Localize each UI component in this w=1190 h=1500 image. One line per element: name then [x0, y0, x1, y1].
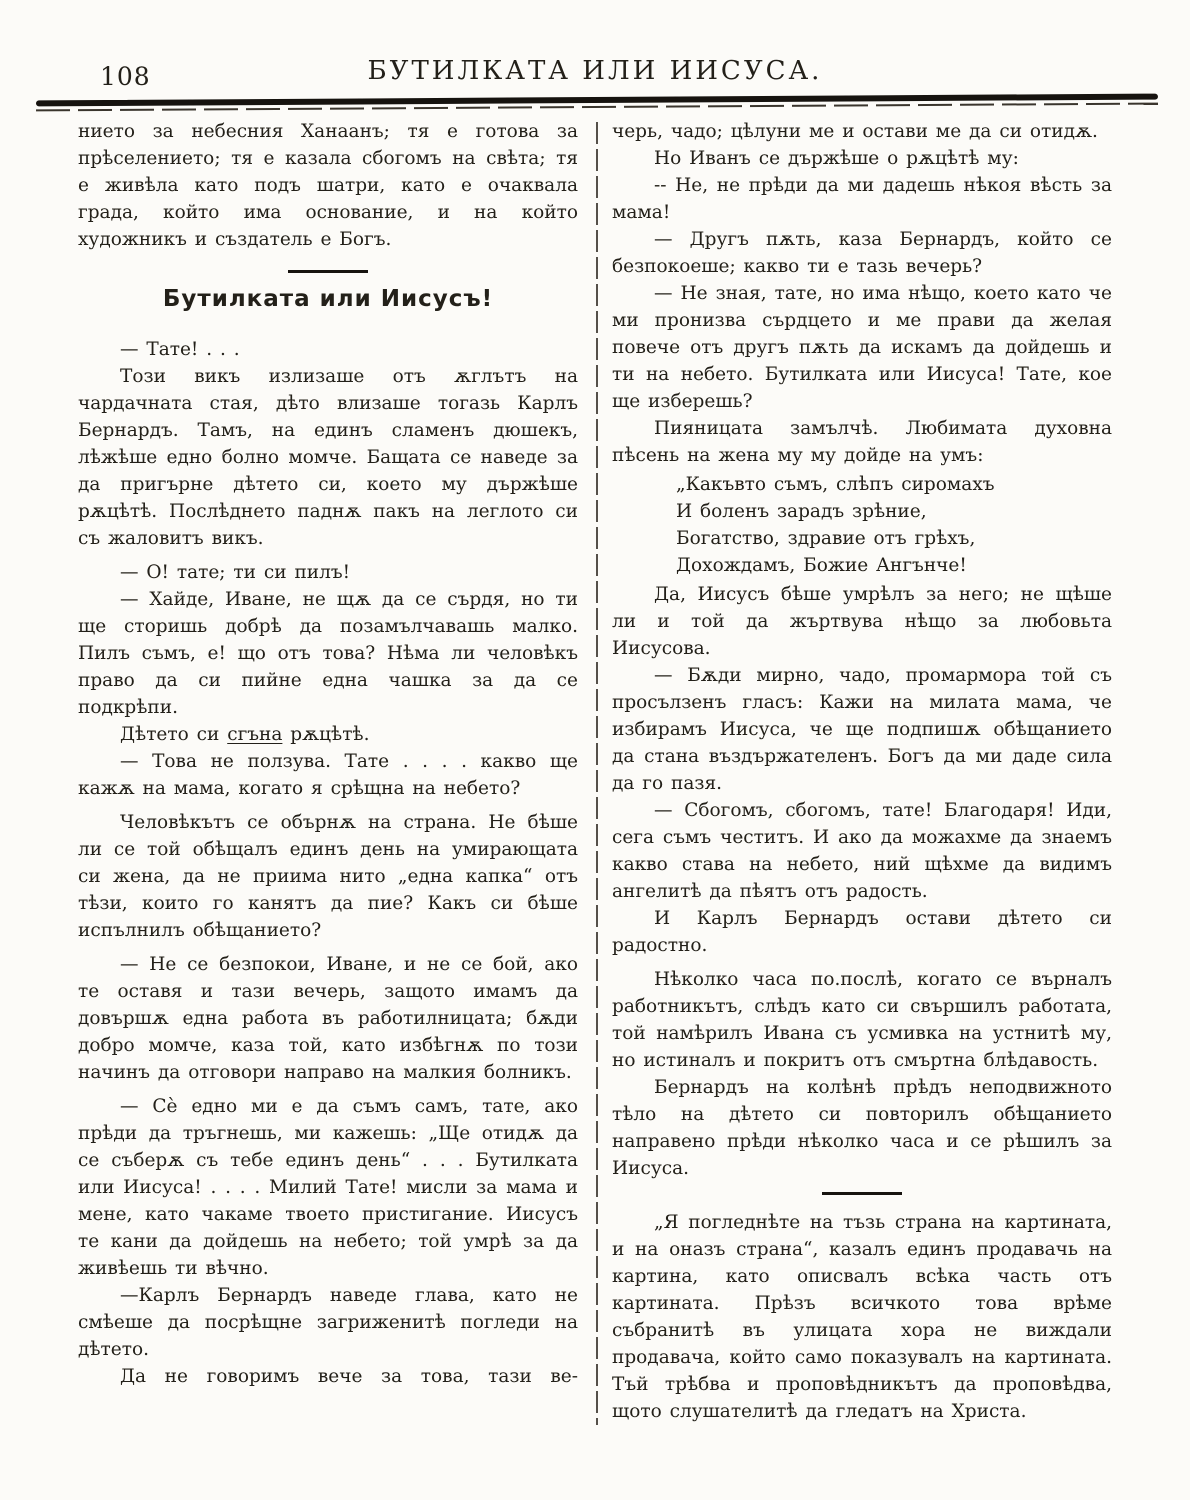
- text-columns: нието за небесния Ханаанъ; тя е готова з…: [78, 118, 1112, 1425]
- dialogue-line: — Това не ползува. Тате . . . . какво ще…: [78, 748, 578, 802]
- dialogue-line: — Хайде, Иване, не щѫ да се сърдя, но ти…: [78, 586, 578, 721]
- dialogue-line: — Не зная, тате, но има нѣщо, което като…: [612, 280, 1112, 415]
- text-before-underline: Дѣтето си: [120, 724, 227, 745]
- paragraph: И Карлъ Бернардъ остави дѣтето си радост…: [612, 905, 1112, 959]
- paragraph: Този викъ излизаше отъ ѫглътъ на чардачн…: [78, 363, 578, 552]
- paragraph-continuation: черь, чадо; цѣлуни ме и остави ме да си …: [612, 118, 1112, 145]
- dialogue-line: — Не се безпокои, Иване, и не се бой, ак…: [78, 951, 578, 1086]
- dialogue-line: -- Не, не прѣди да ми дадешь нѣкоя вѣсть…: [612, 172, 1112, 226]
- section-divider-rule: [288, 270, 368, 273]
- hymn-line: Дохождамъ, Божие Ангънче!: [676, 552, 1112, 579]
- dialogue-line: — О! тате; ти си пилъ!: [78, 559, 578, 586]
- paragraph-intro-continuation: нието за небесния Ханаанъ; тя е готова з…: [78, 118, 578, 253]
- dialogue-line: — Сбогомъ, сбогомъ, тате! Благодаря! Иди…: [612, 797, 1112, 905]
- underlined-word: сгъна: [227, 724, 282, 745]
- hymn-line: „Какъвто съмъ, слѣпъ сиромахъ: [676, 471, 1112, 498]
- paragraph: Пияницата замълчѣ. Любимата духовна пѣсе…: [612, 415, 1112, 469]
- section-heading: Бутилката или Иисусъ!: [78, 286, 578, 312]
- paragraph: Да, Иисусъ бѣше умрѣлъ за него; не щѣше …: [612, 581, 1112, 662]
- paragraph-broken-at-column: Да не говоримъ вече за това, тази ве-: [78, 1363, 578, 1390]
- running-title: БУТИЛКАТА ИЛИ ИИСУСА.: [0, 56, 1190, 86]
- hymn-line: Богатство, здравие отъ грѣхъ,: [676, 525, 1112, 552]
- section-divider-rule: [822, 1192, 902, 1195]
- paragraph: „Я погледнѣте на тъзь страна на картинат…: [612, 1209, 1112, 1425]
- left-column: нието за небесния Ханаанъ; тя е готова з…: [78, 118, 578, 1425]
- dialogue-line: — Бѫди мирно, чадо, промармора той съ пр…: [612, 662, 1112, 797]
- paragraph: Человѣкътъ се обърнѫ на страна. Не бѣше …: [78, 809, 578, 944]
- dialogue-line: — Сè едно ми е да съмъ самъ, тате, ако п…: [78, 1093, 578, 1282]
- hymn-verse: „Какъвто съмъ, слѣпъ сиромахъ И боленъ з…: [676, 471, 1112, 579]
- scanned-book-page: 108 БУТИЛКАТА ИЛИ ИИСУСА. нието за небес…: [0, 0, 1190, 1500]
- paragraph: Бернардъ на колѣнѣ прѣдъ неподвижното тѣ…: [612, 1074, 1112, 1182]
- dialogue-line: — Другъ пѫть, каза Бернардъ, който се бе…: [612, 226, 1112, 280]
- column-divider: [596, 122, 598, 1425]
- hymn-line: И боленъ зарадъ зрѣние,: [676, 498, 1112, 525]
- header-rule: [36, 94, 1158, 112]
- dialogue-line: — Тате! . . .: [78, 336, 578, 363]
- right-column: черь, чадо; цѣлуни ме и остави ме да си …: [612, 118, 1112, 1425]
- paragraph: Нѣколко часа по.послѣ, когато се върналъ…: [612, 966, 1112, 1074]
- paragraph-with-underline: Дѣтето си сгъна рѫцѣтѣ.: [78, 721, 578, 748]
- paragraph: Но Иванъ се държѣше о рѫцѣтѣ му:: [612, 145, 1112, 172]
- text-after-underline: рѫцѣтѣ.: [282, 724, 369, 745]
- paragraph: —Карлъ Бернардъ наведе глава, като не см…: [78, 1282, 578, 1363]
